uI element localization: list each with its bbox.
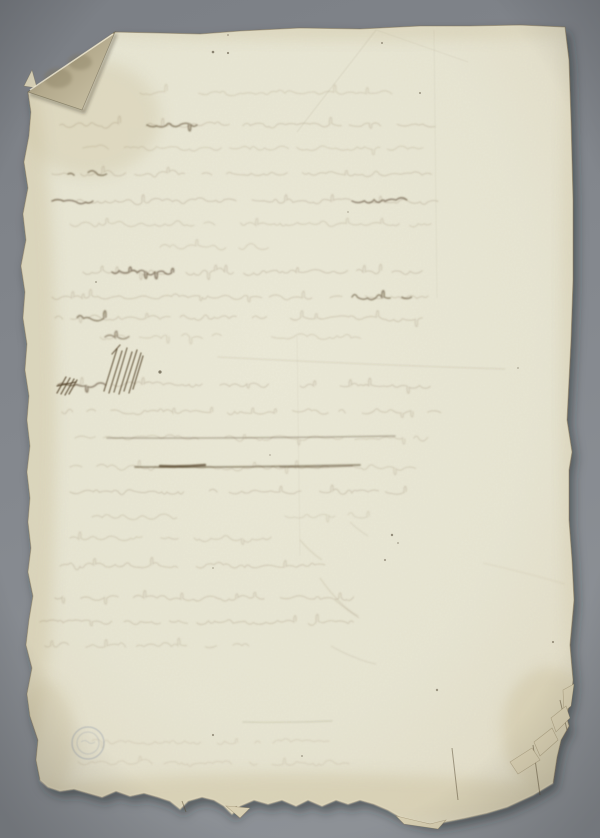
photo-backdrop xyxy=(0,0,600,838)
manuscript-page-photo xyxy=(0,0,600,838)
vignette xyxy=(0,0,600,838)
